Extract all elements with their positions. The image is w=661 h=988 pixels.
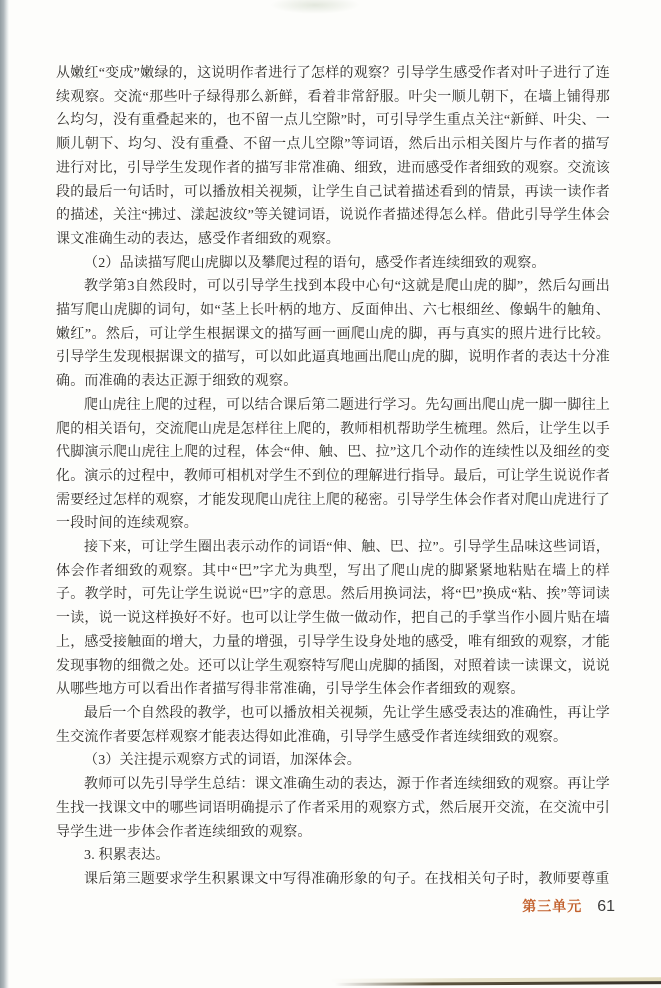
body-text: 从嫩红“变成”嫩绿的，这说明作者进行了怎样的观察？引导学生感受作者对叶子进行了连… xyxy=(56,62,610,892)
paragraph: 最后一个自然段的教学，也可以播放相关视频，先让学生感受表达的准确性，再让学生交流… xyxy=(56,702,610,749)
page-number: 61 xyxy=(597,898,615,916)
page-footer: 第三单元 61 xyxy=(522,896,615,916)
paragraph: （2）品读描写爬山虎脚以及攀爬过程的语句，感受作者连续细致的观察。 xyxy=(56,252,610,276)
scan-smudge-top xyxy=(270,0,360,14)
paragraph: 课后第三题要求学生积累课文中写得准确形象的句子。在找相关句子时，教师要尊重 xyxy=(56,868,610,892)
paragraph: 爬山虎往上爬的过程，可以结合课后第二题进行学习。先勾画出爬山虎一脚一脚往上爬的相… xyxy=(56,394,610,536)
book-page: 从嫩红“变成”嫩绿的，这说明作者进行了怎样的观察？引导学生感受作者对叶子进行了连… xyxy=(0,0,661,988)
paragraph: 教学第3自然段时，可以引导学生找到本段中心句“这就是爬山虎的脚”，然后勾画出描写… xyxy=(56,275,610,394)
scan-edge-bottom-line xyxy=(335,981,661,986)
paragraph: （3）关注提示观察方式的词语，加深体会。 xyxy=(56,749,610,773)
scan-edge-left xyxy=(0,0,9,988)
paragraph: 从嫩红“变成”嫩绿的，这说明作者进行了怎样的观察？引导学生感受作者对叶子进行了连… xyxy=(56,62,610,252)
paragraph: 3. 积累表达。 xyxy=(56,844,610,868)
unit-label: 第三单元 xyxy=(522,896,582,916)
paragraph: 接下来，可让学生圈出表示动作的词语“伸、触、巴、拉”。引导学生品味这些词语，体会… xyxy=(56,536,610,702)
paragraph: 教师可以先引导学生总结：课文准确生动的表达，源于作者连续细致的观察。再让学生找一… xyxy=(56,773,610,844)
